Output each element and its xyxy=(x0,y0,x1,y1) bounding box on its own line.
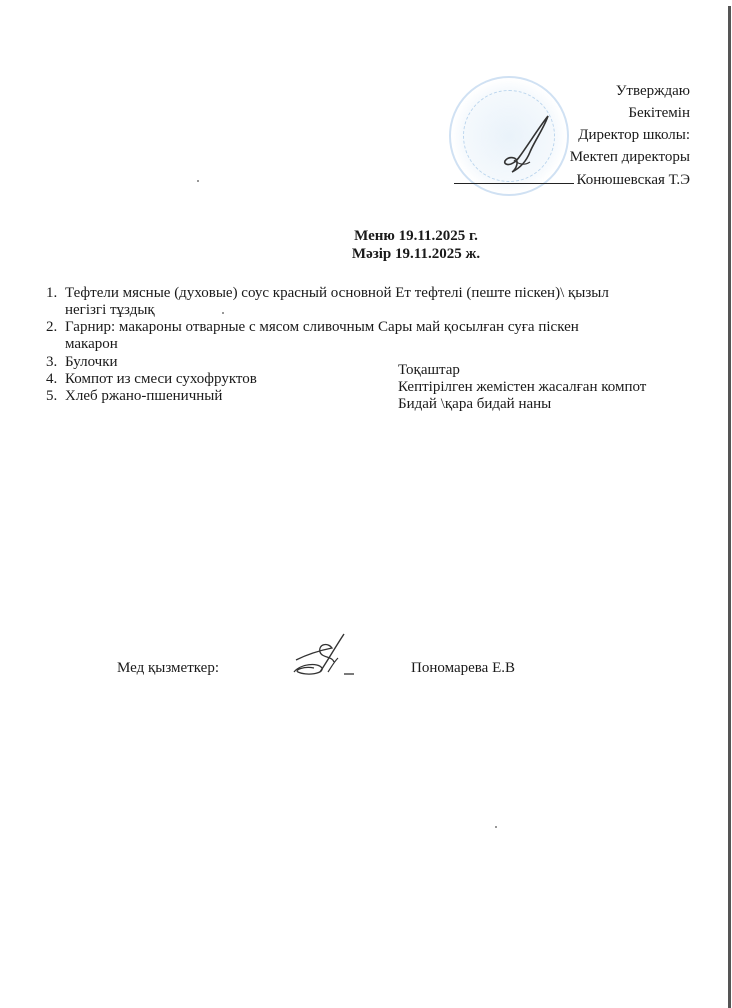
menu-item-name: Гарнир: макароны отварные с мясом сливоч… xyxy=(65,319,579,336)
menu-item-name-continued: негізгі тұздық xyxy=(65,302,155,319)
signature-line xyxy=(454,168,574,184)
menu-item-number: 4. xyxy=(46,371,57,388)
menu-item-number: 3. xyxy=(46,354,57,371)
menu-item-name-ru: Булочки xyxy=(65,354,118,371)
approval-line-approve-ru: Утверждаю xyxy=(454,80,690,102)
approval-line-approve-kz: Бекітемін xyxy=(454,102,690,124)
menu-item-5: 5. Хлеб ржано-пшеничный Бидай \қара бида… xyxy=(46,388,706,405)
menu-item-name: Тефтели мясные (духовые) соус красный ос… xyxy=(65,285,609,302)
menu-item-1-continued: негізгі тұздық xyxy=(46,302,706,319)
menu-item-4: 4. Компот из смеси сухофруктов Кептірілг… xyxy=(46,371,706,388)
menu-item-number: 5. xyxy=(46,388,57,405)
menu-item-name-kz: Бидай \қара бидай наны xyxy=(398,396,551,413)
scan-speck xyxy=(197,180,199,182)
menu-list: 1. Тефтели мясные (духовые) соус красный… xyxy=(46,285,706,405)
approval-signatory: Конюшевская Т.Э xyxy=(576,172,690,188)
scan-edge xyxy=(728,6,731,1008)
approval-line-director-ru: Директор школы: xyxy=(454,124,690,146)
medic-name: Пономарева Е.В xyxy=(411,660,515,677)
menu-item-2: 2. Гарнир: макароны отварные с мясом сли… xyxy=(46,319,706,336)
menu-item-number: 1. xyxy=(46,285,57,302)
menu-item-1: 1. Тефтели мясные (духовые) соус красный… xyxy=(46,285,706,302)
menu-item-3: 3. Булочки Тоқаштар xyxy=(46,354,706,371)
menu-item-number: 2. xyxy=(46,319,57,336)
scan-speck xyxy=(222,312,224,314)
medic-signature-icon xyxy=(288,632,368,682)
menu-item-name-continued: макарон xyxy=(65,336,118,353)
menu-title-ru: Меню 19.11.2025 г. xyxy=(50,228,732,245)
scan-speck xyxy=(495,826,497,828)
menu-item-2-continued: макарон xyxy=(46,336,706,353)
approval-signatory-row: Конюшевская Т.Э xyxy=(454,168,690,191)
approval-line-director-kz: Мектеп директоры xyxy=(454,146,690,168)
document-page: Утверждаю Бекітемін Директор школы: Мект… xyxy=(0,0,732,1008)
menu-title-kz: Мәзір 19.11.2025 ж. xyxy=(50,246,732,263)
medic-label: Мед қызметкер: xyxy=(117,660,219,677)
menu-item-name-ru: Компот из смеси сухофруктов xyxy=(65,371,257,388)
approval-block: Утверждаю Бекітемін Директор школы: Мект… xyxy=(454,80,690,191)
menu-item-name-ru: Хлеб ржано-пшеничный xyxy=(65,388,222,405)
